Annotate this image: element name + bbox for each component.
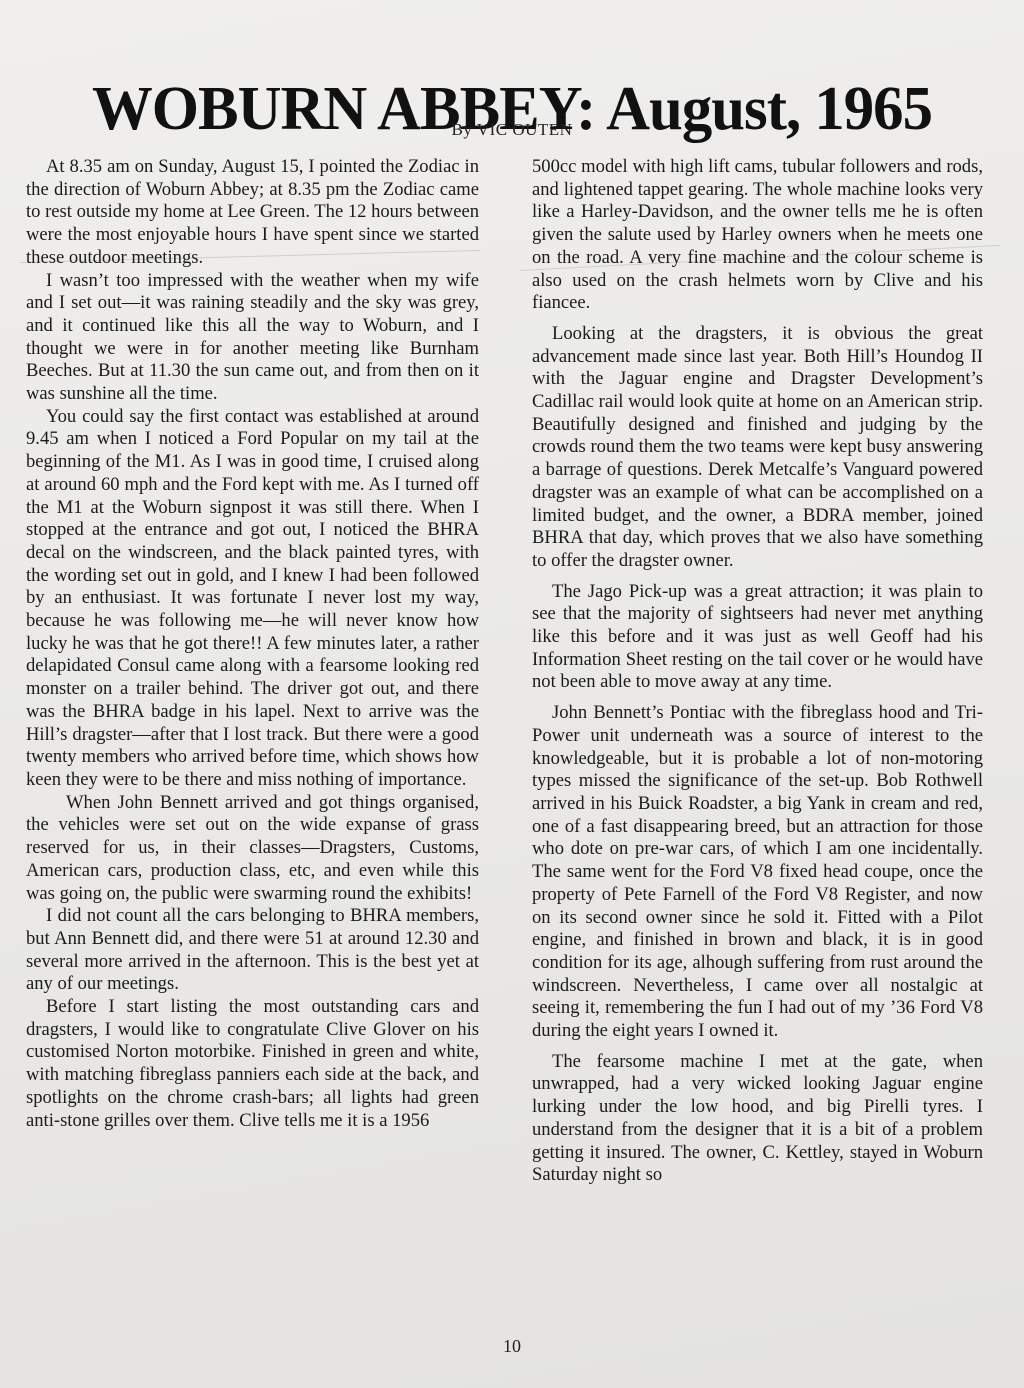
paragraph: I did not count all the cars belonging t… [26,905,479,996]
paragraph: John Bennett’s Pontiac with the fibregla… [532,702,983,1043]
right-column: 500cc model with high lift cams, tubular… [532,156,983,1187]
page-number: 10 [0,1336,1024,1357]
paragraph: 500cc model with high lift cams, tubular… [532,156,983,315]
paragraph: When John Bennett arrived and got things… [26,792,479,906]
paragraph: You could say the first contact was esta… [26,406,479,792]
article-byline: By VIC OUTEN [0,120,1024,140]
paragraph: Looking at the dragsters, it is obvious … [532,323,983,573]
paragraph: The fearsome machine I met at the gate, … [532,1051,983,1187]
left-column: At 8.35 am on Sunday, August 15, I point… [26,156,479,1132]
paragraph: Before I start listing the most outstand… [26,996,479,1132]
paragraph: The Jago Pick-up was a great attraction;… [532,581,983,695]
paragraph: At 8.35 am on Sunday, August 15, I point… [26,156,479,270]
paragraph: I wasn’t too impressed with the weather … [26,270,479,406]
